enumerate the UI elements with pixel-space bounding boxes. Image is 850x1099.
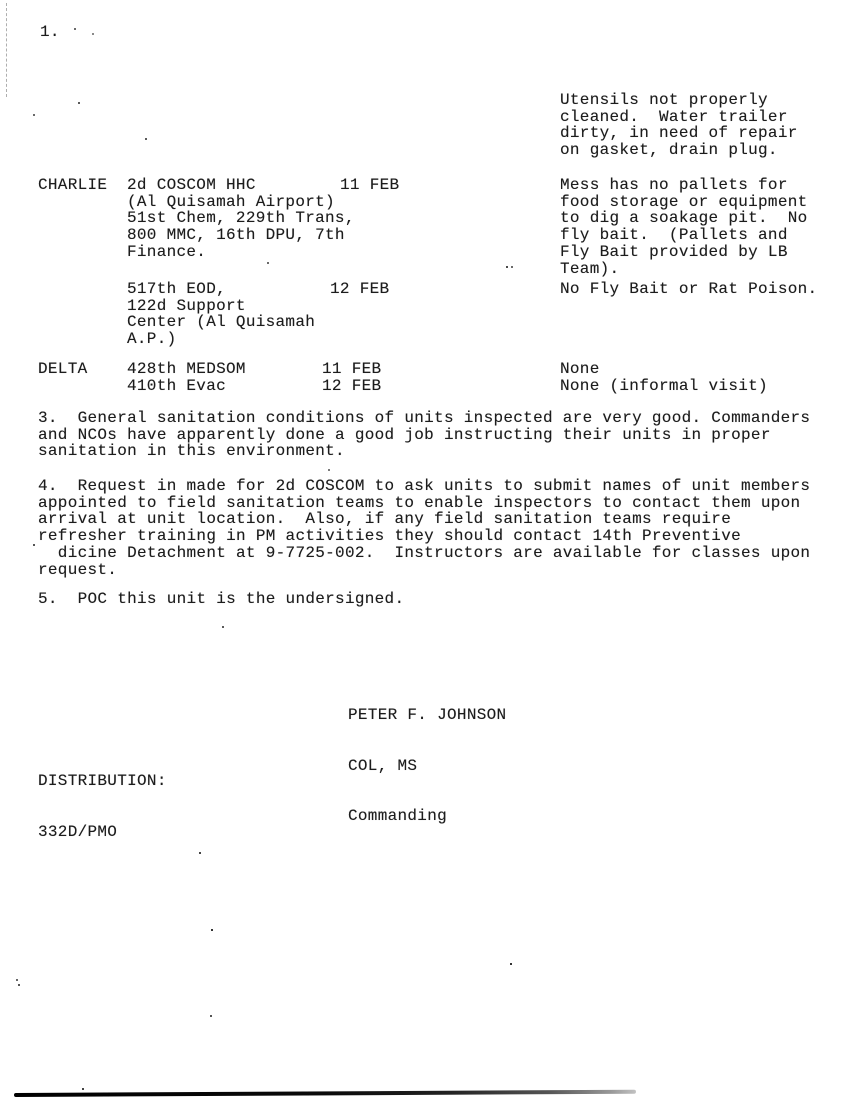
signature-block: PETER F. JOHNSON COL, MS Commanding: [348, 674, 506, 858]
text-line: on gasket, drain plug.: [560, 142, 798, 159]
text-line: Fly Bait provided by LB: [560, 244, 808, 261]
paragraph-3: 3. General sanitation conditions of unit…: [38, 410, 810, 460]
charlie-visit1-remarks: Mess has no pallets forfood storage or e…: [560, 177, 808, 277]
text-line: fly bait. (Pallets and: [560, 227, 808, 244]
text-line: 2d COSCOM HHC: [127, 177, 355, 194]
text-line: Center (Al Quisamah: [127, 314, 315, 331]
text-line: Mess has no pallets for: [560, 177, 808, 194]
paragraph-4: 4. Request in made for 2d COSCOM to ask …: [38, 478, 810, 578]
text-line: 11 FEB: [322, 361, 381, 378]
text-line: 4. Request in made for 2d COSCOM to ask …: [38, 478, 810, 495]
text-line: 51st Chem, 229th Trans,: [127, 210, 355, 227]
delta-units: 428th MEDSOM410th Evac: [127, 361, 246, 394]
charlie-visit2-date: 12 FEB: [330, 281, 389, 298]
text-line: None (informal visit): [560, 378, 768, 395]
delta-remarks: NoneNone (informal visit): [560, 361, 768, 394]
text-line: (Al Quisamah Airport): [127, 194, 355, 211]
charlie-visit1-date: 11 FEB: [340, 177, 399, 194]
text-line: 332D/PMO: [38, 824, 167, 841]
distribution-block: DISTRIBUTION: 332D/PMO: [38, 740, 167, 874]
text-line: sanitation in this environment.: [38, 443, 810, 460]
remark-continuation-block: Utensils not properlycleaned. Water trai…: [560, 92, 798, 159]
text-line: dirty, in need of repair: [560, 125, 798, 142]
text-line: arrival at unit location. Also, if any f…: [38, 511, 810, 528]
text-line: to dig a soakage pit. No: [560, 210, 808, 227]
text-line: refresher training in PM activities they…: [38, 528, 810, 545]
signature-rank: COL, MS: [348, 758, 506, 775]
scan-margin-dashed-line: [6, 3, 7, 97]
charlie-visit2-remarks: No Fly Bait or Rat Poison.: [560, 281, 817, 298]
text-line: A.P.): [127, 331, 315, 348]
text-line: Finance.: [127, 244, 355, 261]
text-line: 800 MMC, 16th DPU, 7th: [127, 227, 355, 244]
distribution-heading: DISTRIBUTION:: [38, 773, 167, 790]
text-line: food storage or equipment: [560, 194, 808, 211]
paragraph-5: 5. POC this unit is the undersigned.: [38, 591, 404, 608]
text-line: Team).: [560, 261, 808, 278]
charlie-visit1-units: 2d COSCOM HHC(Al Quisamah Airport)51st C…: [127, 177, 355, 261]
scan-noise-specks: [0, 0, 2, 2]
text-line: cleaned. Water trailer: [560, 109, 798, 126]
text-line: 3. General sanitation conditions of unit…: [38, 410, 810, 427]
text-line: Utensils not properly: [560, 92, 798, 109]
text-line: and NCOs have apparently done a good job…: [38, 427, 810, 444]
signature-title: Commanding: [348, 808, 506, 825]
text-line: 12 FEB: [322, 378, 381, 395]
text-line: appointed to field sanitation teams to e…: [38, 495, 810, 512]
scan-bottom-bar: [14, 1090, 636, 1097]
text-line: 517th EOD,: [127, 281, 315, 298]
document-page: 1. Utensils not properlycleaned. Water t…: [0, 0, 850, 1099]
row-label-charlie: CHARLIE: [38, 177, 107, 194]
signature-name: PETER F. JOHNSON: [348, 707, 506, 724]
charlie-visit2-units: 517th EOD,122d SupportCenter (Al Quisama…: [127, 281, 315, 348]
text-line: 410th Evac: [127, 378, 246, 395]
distribution-items: 332D/PMO: [38, 824, 167, 841]
text-line: No Fly Bait or Rat Poison.: [560, 281, 817, 298]
delta-dates: 11 FEB12 FEB: [322, 361, 381, 394]
text-line: request.: [38, 562, 810, 579]
text-line: dicine Detachment at 9-7725-002. Instruc…: [38, 545, 810, 562]
text-line: None: [560, 361, 768, 378]
text-line: 428th MEDSOM: [127, 361, 246, 378]
page-number: 1.: [40, 24, 60, 41]
text-line: 122d Support: [127, 298, 315, 315]
row-label-delta: DELTA: [38, 361, 88, 378]
